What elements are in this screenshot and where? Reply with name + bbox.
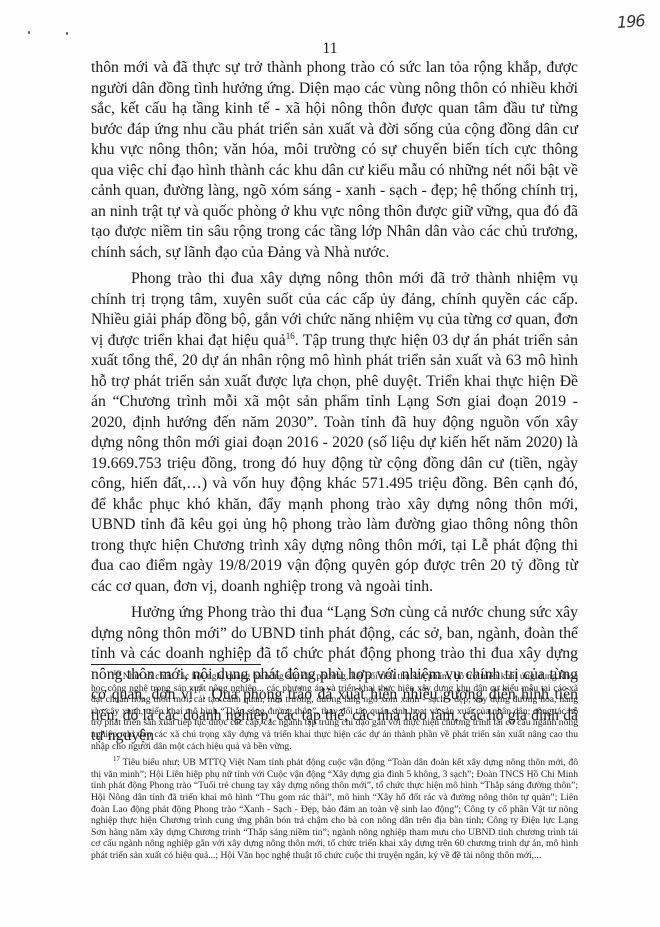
footnote-number: 16 (113, 669, 120, 677)
footnote-16: 16 Như: tổ chức các hội nghị quảng bá nô… (91, 671, 578, 752)
footnote-text: Tiêu biểu như: UB MTTQ Việt Nam tỉnh phá… (91, 757, 578, 861)
scan-speck (28, 31, 30, 34)
document-page: 196 11 thôn mới và đã thực sự trở thành … (0, 0, 660, 927)
footnote-separator (91, 664, 261, 665)
scan-speck (66, 32, 68, 35)
paragraph-text: thôn mới và đã thực sự trở thành phong t… (91, 59, 578, 261)
paragraph-text: . Tập trung thực hiện 03 dự án phát triể… (91, 332, 578, 595)
footnote-number: 17 (113, 755, 120, 763)
footnotes: 16 Như: tổ chức các hội nghị quảng bá nô… (91, 671, 578, 867)
page-number: 11 (0, 40, 660, 58)
footnote-text: Như: tổ chức các hội nghị quảng bá nông … (91, 671, 578, 752)
body-text: thôn mới và đã thực sự trở thành phong t… (91, 58, 578, 753)
paragraph-1: thôn mới và đã thực sự trở thành phong t… (91, 58, 578, 263)
footnote-ref-16[interactable]: 16 (286, 330, 295, 340)
paragraph-2: Phong trào thi đua xây dựng nông thôn mớ… (91, 269, 578, 597)
handwritten-page-mark: 196 (616, 11, 645, 32)
footnote-17: 17 Tiêu biểu như: UB MTTQ Việt Nam tỉnh … (91, 757, 578, 861)
